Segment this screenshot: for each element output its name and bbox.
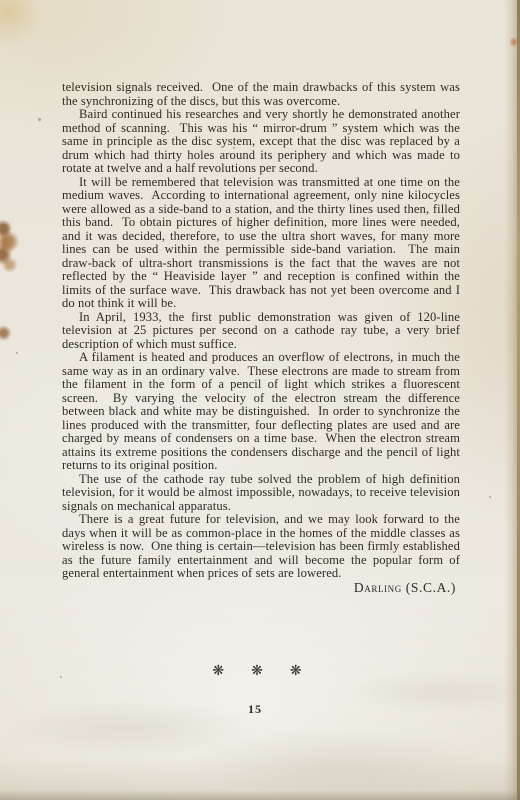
page-number: 15 xyxy=(62,702,448,717)
author-signature: Darling (S.C.A.) xyxy=(62,581,456,595)
body-text: television signals received. One of the … xyxy=(62,81,460,595)
floret-ornament-icon: ❋ xyxy=(251,663,263,679)
corner-stain xyxy=(0,0,40,48)
floret-ornament-icon: ❋ xyxy=(212,663,224,679)
section-divider: ❋ ❋ ❋ xyxy=(62,663,452,679)
paragraph-continuation: television signals received. One of the … xyxy=(62,81,460,108)
paragraph-mirror-drum: Baird continued his researches and very … xyxy=(62,108,460,176)
paper-speck xyxy=(16,352,18,354)
floret-ornament-icon: ❋ xyxy=(290,663,302,679)
paper-wrinkle-shading xyxy=(0,560,520,800)
paper-speck xyxy=(489,496,491,498)
paragraph-cathode-ray: A filament is heated and produces an ove… xyxy=(62,351,460,473)
paragraph-1933-demo: In April, 1933, the first public demonst… xyxy=(62,311,460,352)
scanned-book-page: television signals received. One of the … xyxy=(0,0,520,800)
paragraph-future: There is a great future for television, … xyxy=(62,513,460,581)
paragraph-wavebands: It will be remembered that television wa… xyxy=(62,176,460,311)
paragraph-high-definition: The use of the cathode ray tube solved t… xyxy=(62,473,460,514)
page-bottom-edge xyxy=(0,790,520,800)
foxing-stain-large xyxy=(0,212,20,278)
paper-speck xyxy=(38,118,41,121)
foxing-stain-small xyxy=(0,324,12,342)
